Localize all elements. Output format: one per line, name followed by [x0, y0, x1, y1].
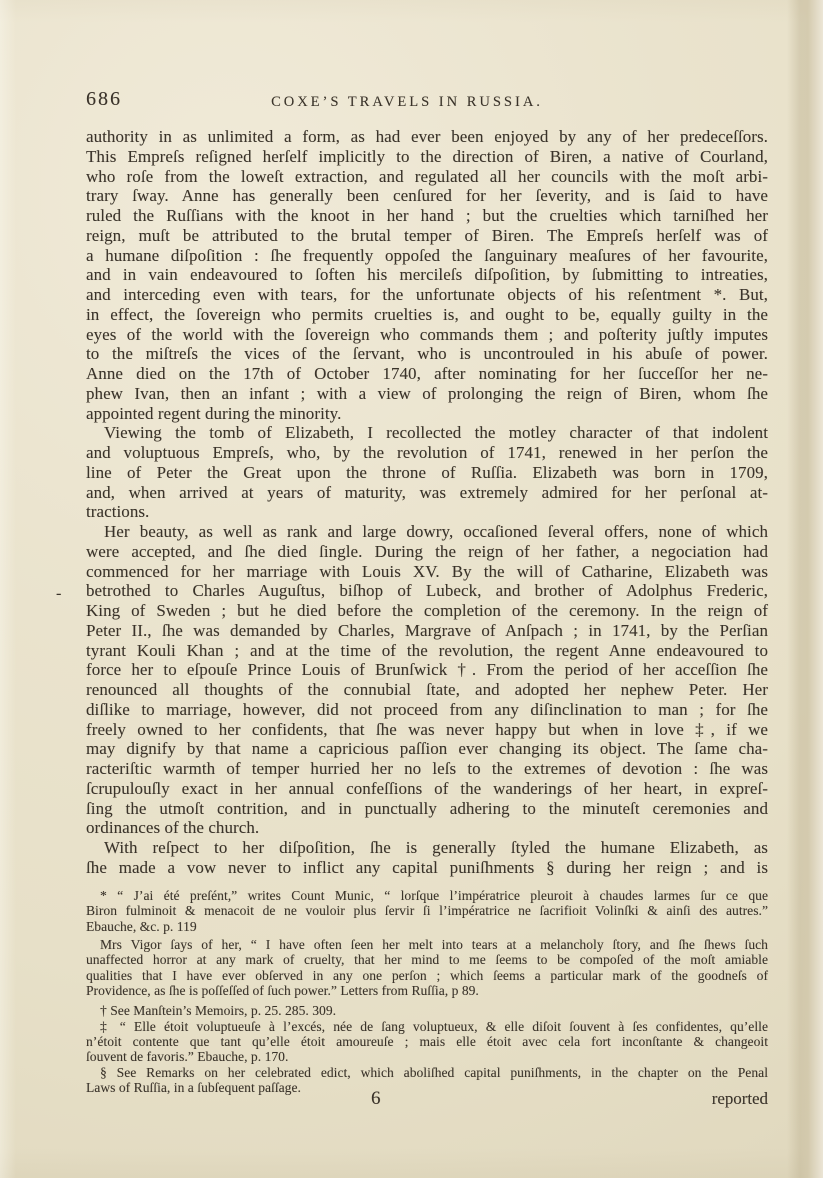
text-line: eyes of the world with the ſovereign who… — [86, 325, 768, 345]
text-line: * “ J’ai été preſént,” writes Count Muni… — [86, 888, 768, 903]
footnote: Mrs Vigor ſays of her, “ I have often ſe… — [86, 937, 768, 998]
text-line: Viewing the tomb of Elizabeth, I recolle… — [86, 423, 768, 443]
text-line: unaffected horror at any mark of cruelty… — [86, 952, 768, 967]
text-line: were accepted, and ſhe died ſingle. Duri… — [86, 542, 768, 562]
paragraph: authority in as unlimited a form, as had… — [86, 127, 768, 423]
text-line: ordinances of the church. — [86, 818, 768, 838]
text-line: ſing the utmoſt contrition, and in punct… — [86, 799, 768, 819]
text-line: § See Remarks on her celebrated edict, w… — [86, 1065, 768, 1080]
text-line: King of Sweden ; but he died before the … — [86, 601, 768, 621]
catchword-row: reported — [86, 1089, 768, 1109]
text-line: † See Manſtein’s Memoirs, p. 25. 285. 30… — [86, 1003, 768, 1018]
text-line: line of Peter the Great upon the throne … — [86, 463, 768, 483]
text-line: ſhe made a vow never to inflict any capi… — [86, 858, 768, 878]
text-line: force her to eſpouſe Prince Louis of Bru… — [86, 660, 768, 680]
text-line: With reſpect to her diſpoſition, ſhe is … — [86, 838, 768, 858]
text-line: Anne died on the 17th of October 1740, a… — [86, 364, 768, 384]
text-line: ruled the Ruſſians with the knoot in her… — [86, 206, 768, 226]
text-line: appointed regent during the minority. — [86, 404, 768, 424]
text-line: Peter II., ſhe was demanded by Charles, … — [86, 621, 768, 641]
text-line: in effect, the ſovereign who permits cru… — [86, 305, 768, 325]
text-line: commenced for her marriage with Louis XV… — [86, 562, 768, 582]
book-page: 686 COXE’S TRAVELS IN RUSSIA. - authorit… — [0, 0, 823, 1178]
footnote: † See Manſtein’s Memoirs, p. 25. 285. 30… — [86, 1003, 768, 1018]
margin-mark: - — [56, 584, 61, 604]
text-line: to the miſtreſs the vices of the ſervant… — [86, 344, 768, 364]
text-line: diſlike to marriage, however, did not pr… — [86, 700, 768, 720]
text-line: betrothed to Charles Auguſtus, biſhop of… — [86, 581, 768, 601]
text-line: and interceding even with tears, for the… — [86, 285, 768, 305]
text-line: and in vain endeavoured to ſoften his me… — [86, 265, 768, 285]
text-line: and voluptuous Empreſs, who, by the revo… — [86, 443, 768, 463]
text-line: Providence, as ſhe is poſſeſſed of ſuch … — [86, 983, 768, 998]
text-line: trary ſway. Anne has generally been cenſ… — [86, 186, 768, 206]
paragraph: With reſpect to her diſpoſition, ſhe is … — [86, 838, 768, 878]
text-line: This Empreſs reſigned herſelf implicitly… — [86, 147, 768, 167]
text-line: racteriſtic warmth of temper hurried her… — [86, 759, 768, 779]
paragraph: Her beauty, as well as rank and large do… — [86, 522, 768, 838]
text-line: tractions. — [86, 502, 768, 522]
text-line: n’étoit contente que tant qu’elle étoit … — [86, 1034, 768, 1049]
text-line: a humane diſpoſition : ſhe frequently op… — [86, 246, 768, 266]
text-line: ‡ “ Elle étoit voluptueuſe à l’excés, né… — [86, 1019, 768, 1034]
body-text: - authority in as unlimited a form, as h… — [86, 127, 768, 878]
text-line: Her beauty, as well as rank and large do… — [86, 522, 768, 542]
text-line: who roſe from the loweſt extraction, and… — [86, 167, 768, 187]
text-line: tyrant Kouli Khan ; and at the time of t… — [86, 641, 768, 661]
text-line: may dignify by that name a capricious pa… — [86, 739, 768, 759]
text-line: phew Ivan, then an infant ; with a view … — [86, 384, 768, 404]
text-line: freely owned to her confidents, that ſhe… — [86, 720, 768, 740]
text-line: Ebauche, &c. p. 119 — [86, 919, 768, 934]
text-line: and, when arrived at years of maturity, … — [86, 483, 768, 503]
text-line: Biron fulminoit & menacoit de ne vouloir… — [86, 903, 768, 918]
text-line: authority in as unlimited a form, as had… — [86, 127, 768, 147]
text-line: ſouvent de favoris.” Ebauche, p. 170. — [86, 1049, 768, 1064]
footnote: ‡ “ Elle étoit voluptueuſe à l’excés, né… — [86, 1019, 768, 1065]
text-line: Mrs Vigor ſays of her, “ I have often ſe… — [86, 937, 768, 952]
text-line: reign, muſt be attributed to the brutal … — [86, 226, 768, 246]
footnotes: * “ J’ai été preſént,” writes Count Muni… — [86, 888, 768, 1095]
catchword: reported — [712, 1089, 768, 1108]
text-line: ſcrupulouſly exact in her annual confeſſ… — [86, 779, 768, 799]
footnote: * “ J’ai été preſént,” writes Count Muni… — [86, 888, 768, 934]
running-title: COXE’S TRAVELS IN RUSSIA. — [86, 94, 728, 111]
text-line: qualities that I have ever obſerved in a… — [86, 968, 768, 983]
paragraph: Viewing the tomb of Elizabeth, I recolle… — [86, 423, 768, 522]
text-line: renounced all thoughts of the connubial … — [86, 680, 768, 700]
